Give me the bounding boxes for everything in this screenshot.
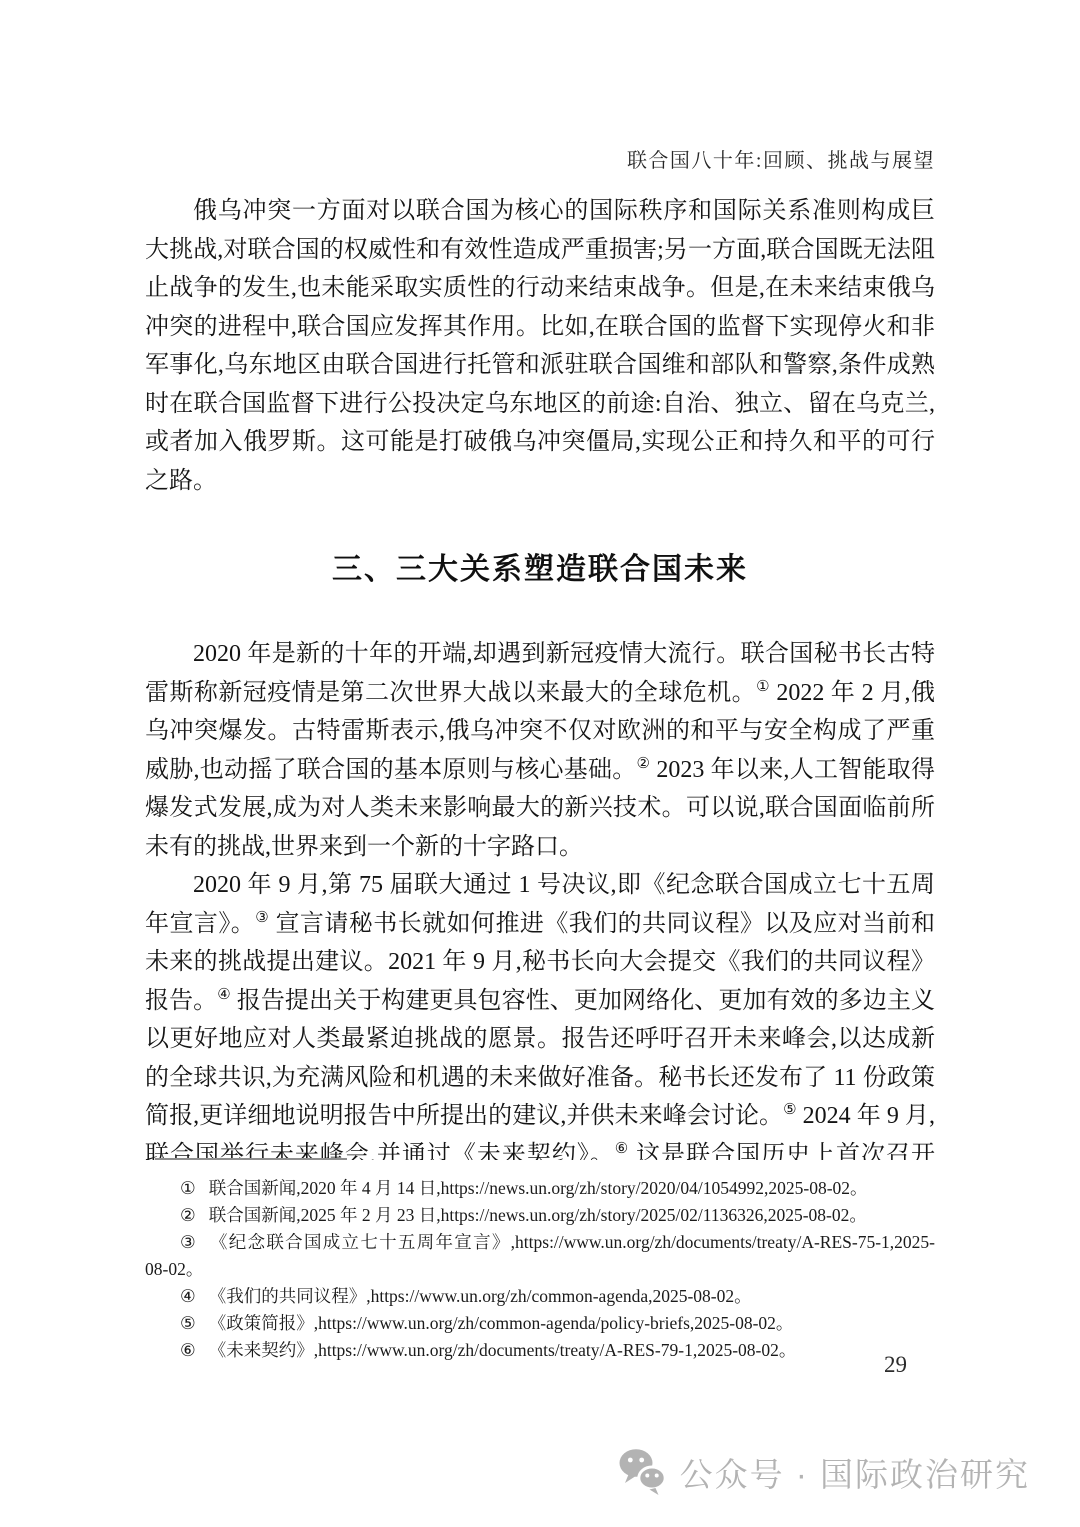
paragraph-2020-crisis: 2020 年是新的十年的开端,却遇到新冠疫情大流行。联合国秘书长古特雷斯称新冠疫…	[145, 635, 935, 866]
footnote-text: 《纪念联合国成立七十五周年宣言》,https://www.un.org/zh/d…	[145, 1232, 935, 1279]
footnote-text: 联合国新闻,2025 年 2 月 23 日,https://news.un.or…	[209, 1205, 867, 1225]
footnote-marker: ②	[180, 1205, 196, 1225]
footnote-marker: ④	[180, 1286, 196, 1306]
footnote-5: ⑤《政策简报》,https://www.un.org/zh/common-age…	[145, 1310, 935, 1337]
footnote-4: ④《我们的共同议程》,https://www.un.org/zh/common-…	[145, 1283, 935, 1310]
section-heading: 三、三大关系塑造联合国未来	[145, 544, 935, 588]
watermark: 公众号 · 国际政治研究	[618, 1448, 1030, 1496]
document-page: 联合国八十年:回顾、挑战与展望 俄乌冲突一方面对以联合国为核心的国际秩序和国际关…	[0, 0, 1080, 1527]
footnote-text: 《政策简报》,https://www.un.org/zh/common-agen…	[209, 1313, 794, 1333]
footnote-separator	[155, 1158, 347, 1160]
footnote-1: ①联合国新闻,2020 年 4 月 14 日,https://news.un.o…	[145, 1175, 935, 1202]
page-number: 29	[145, 1352, 907, 1378]
footnote-text: 联合国新闻,2020 年 4 月 14 日,https://news.un.or…	[209, 1178, 868, 1198]
running-header: 联合国八十年:回顾、挑战与展望	[145, 144, 935, 173]
footnote-marker: ⑤	[180, 1313, 196, 1333]
footnotes-section: ①联合国新闻,2020 年 4 月 14 日,https://news.un.o…	[145, 1158, 935, 1364]
footnote-marker: ①	[180, 1178, 196, 1198]
wechat-icon	[618, 1448, 668, 1496]
footnote-2: ②联合国新闻,2025 年 2 月 23 日,https://news.un.o…	[145, 1202, 935, 1229]
watermark-text: 公众号 · 国际政治研究	[680, 1449, 1030, 1496]
paragraph-russia-ukraine: 俄乌冲突一方面对以联合国为核心的国际秩序和国际关系准则构成巨大挑战,对联合国的权…	[145, 192, 935, 500]
article-body: 俄乌冲突一方面对以联合国为核心的国际秩序和国际关系准则构成巨大挑战,对联合国的权…	[145, 192, 935, 1160]
footnote-text: 《我们的共同议程》,https://www.un.org/zh/common-a…	[209, 1286, 752, 1306]
footnote-3: ③《纪念联合国成立七十五周年宣言》,https://www.un.org/zh/…	[145, 1229, 935, 1283]
paragraph-future-summit: 2020 年 9 月,第 75 届联大通过 1 号决议,即《纪念联合国成立七十五…	[145, 866, 935, 1160]
footnote-marker: ③	[180, 1232, 197, 1252]
